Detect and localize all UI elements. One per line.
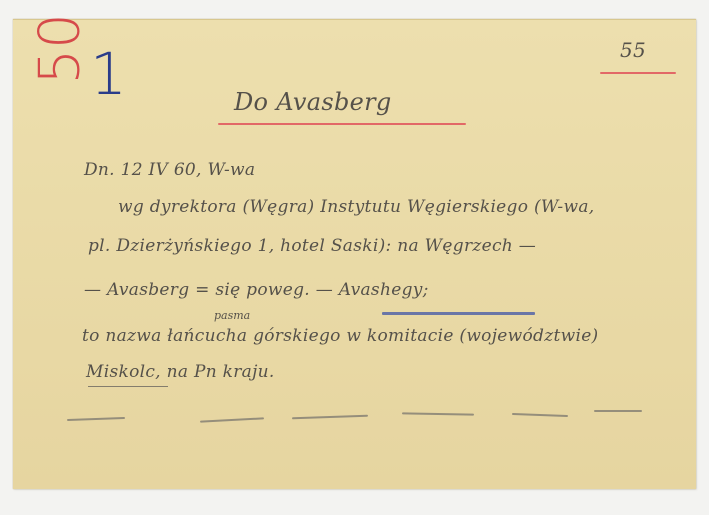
line-source: wg dyrektora (Węgra) Instytutu Węgierski… [118, 197, 594, 217]
line-definition: — Avasberg = się poweg. — Avashegy; [84, 280, 429, 300]
page-number-underline [600, 72, 676, 74]
line-address: pl. Dzierżyńskiego 1, hotel Saski): na W… [88, 236, 536, 256]
line-date-place: Dn. 12 IV 60, W-wa [84, 160, 255, 180]
line-region: Miskolc, na Pn kraju. [86, 362, 275, 382]
red-margin-number: 50 [28, 25, 93, 85]
blue-margin-mark: 1 [90, 40, 127, 108]
card-title: Do Avasberg [234, 88, 392, 116]
insertion-pasma: pasma [214, 309, 250, 322]
title-underline [218, 123, 466, 125]
page-number: 55 [620, 38, 646, 62]
miskolc-underline [88, 386, 168, 387]
avashegy-underline [382, 312, 535, 315]
line-explanation: to nazwa łańcucha górskiego w komitacie … [82, 326, 599, 346]
separator-dash-6 [594, 410, 642, 412]
